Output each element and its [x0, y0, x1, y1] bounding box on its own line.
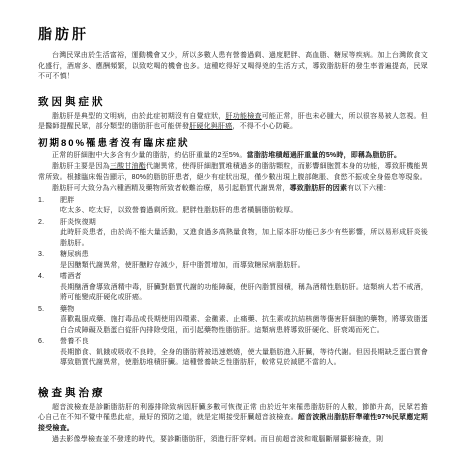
list-item-desc: 長期節食、飢餓或吸收不良時，全身的脂肪將被迅速燃燒，使大量脂肪進入肝臟，等待代謝… [60, 348, 428, 369]
intro-paragraph: 台灣民眾由於生活富裕，運動機會又少，所以多數人患有營養過剩、過度肥胖、高血脂、糖… [38, 51, 428, 83]
list-item-term: 營養不良 [60, 337, 428, 348]
list-item-diabetes: 3. 糖尿病患 是因醣類代謝異常，使肝醣貯存減少，肝中脂質增加，而導致糖尿病脂肪… [38, 250, 428, 271]
text-run: 脂肪肝主要是因為 [52, 163, 110, 170]
list-item-term: 藥物 [60, 305, 428, 316]
list-item-number: 5. [38, 305, 60, 337]
list-item-drugs: 5. 藥物 喜歡亂服成藥、施打毒品或長期使用四環素、金黴素、止痛藥、抗生素或抗結… [38, 305, 428, 337]
list-item-body: 肝炎恢復期 此時肝炎患者，由於尚不能大量活動，又進食過多高熱量食物，加上原本肝功… [60, 218, 428, 250]
list-item-number: 2. [38, 218, 60, 250]
list-item-term: 肥胖 [60, 196, 428, 207]
section-heading-causes: 致因與症狀 [38, 94, 428, 109]
list-item-malnutrition: 6. 營養不良 長期節食、飢餓或吸收不良時，全身的脂肪將被迅速燃燒，使大量脂肪進… [38, 337, 428, 369]
text-run: ，不得不小心防範。 [232, 123, 297, 130]
list-item-body: 營養不良 長期節食、飢餓或吸收不良時，全身的脂肪將被迅速燃燒，使大量脂肪進入肝臟… [60, 337, 428, 369]
text-run: 三酸甘油酯 [110, 163, 146, 170]
list-item-body: 嗜酒者 長期酗酒會導致酒精中毒，肝臟對脂質代謝的功能障礙，使肝內脂質囤積，稱為酒… [60, 272, 428, 304]
list-item-desc: 此時肝炎患者，由於尚不能大量活動，又進食過多高熱量食物，加上原本肝功能已多少有些… [60, 228, 428, 249]
page-title: 脂肪肝 [38, 24, 428, 44]
text-run: 肝功能檢查 [226, 113, 262, 120]
causes-paragraph-2: 正常的肝細胞中大多含有少量的脂肪，約佔肝重量的2至5%。當脂肪堆積超過肝重量的5… [38, 151, 428, 162]
list-item-desc: 長期酗酒會導致酒精中毒，肝臟對脂質代謝的功能障礙，使肝內脂質囤積，稱為酒精性脂肪… [60, 283, 428, 304]
list-item-number: 4. [38, 272, 60, 304]
list-item-body: 藥物 喜歡亂服成藥、施打毒品或長期使用四環素、金黴素、止痛藥、抗生素或抗結核菌等… [60, 305, 428, 337]
text-run: 正常的肝細胞中大多含有少量的脂肪，約佔肝重量的2至5%。 [52, 152, 247, 159]
list-item-desc: 吃太多、吃太好，以致營養過剩所致。肥胖性脂肪肝的患者橫膈脂肪較厚。 [60, 206, 428, 217]
list-item-desc: 喜歡亂服成藥、施打毒品或長期使用四環素、金黴素、止痛藥、抗生素或抗結核菌等傷害肝… [60, 315, 428, 336]
list-item-desc: 是因醣類代謝異常，使肝醣貯存減少，肝中脂質增加，而導致糖尿病脂肪肝。 [60, 261, 428, 272]
list-item-term: 糖尿病患 [60, 250, 428, 261]
list-item-term: 肝炎恢復期 [60, 218, 428, 229]
document-page: 脂肪肝 台灣民眾由於生活富裕，運動機會又少，所以多數人患有營養過剩、過度肥胖、高… [0, 0, 452, 452]
list-item-hepatitis-recovery: 2. 肝炎恢復期 此時肝炎患者，由於尚不能大量活動，又進食過多高熱量食物，加上原… [38, 218, 428, 250]
list-item-body: 肥胖 吃太多、吃太好，以致營養過剩所致。肥胖性脂肪肝的患者橫膈脂肪較厚。 [60, 196, 428, 217]
list-item-obesity: 1. 肥胖 吃太多、吃太好，以致營養過剩所致。肥胖性脂肪肝的患者橫膈脂肪較厚。 [38, 196, 428, 217]
list-item-number: 6. [38, 337, 60, 369]
section-heading-exam-treatment: 檢查與治療 [38, 385, 428, 400]
causes-paragraph-3: 脂肪肝主要是因為三酸甘油酯代謝異常，使得肝細胞質堆積過多的脂肪顆粒，而影響細胞質… [38, 162, 428, 183]
factors-list: 1. 肥胖 吃太多、吃太好，以致營養過剩所致。肥胖性脂肪肝的患者橫膈脂肪較厚。 … [38, 196, 428, 369]
list-item-number: 1. [38, 196, 60, 217]
text-run: 肝硬化與肝癌 [189, 123, 232, 130]
list-item-number: 3. [38, 250, 60, 271]
subheading-early-no-symptoms: 初期80%罹患者沒有臨床症狀 [38, 135, 428, 149]
causes-paragraph-1: 脂肪肝是典型的文明病，由於此症初期沒有自覺症狀，肝功能檢查可能正常，肝也未必腫大… [38, 112, 428, 133]
text-run: 當脂肪堆積超過肝重量的5%時，即稱為脂肪肝。 [247, 152, 402, 159]
text-run: 導致脂肪肝的因素 [290, 185, 348, 192]
list-item-alcoholic: 4. 嗜酒者 長期酗酒會導致酒精中毒，肝臟對脂質代謝的功能障礙，使肝內脂質囤積，… [38, 272, 428, 304]
list-item-term: 嗜酒者 [60, 272, 428, 283]
causes-paragraph-4: 脂肪肝可大致分為六種酒精及藥物所致者較難治療，易引起脂質代謝異常，導致脂肪肝的因… [38, 184, 428, 195]
text-run: 脂肪肝可大致分為六種酒精及藥物所致者較難治療，易引起脂質代謝異常， [52, 185, 290, 192]
text-run: 有以下六種： [347, 185, 390, 192]
list-item-body: 糖尿病患 是因醣類代謝異常，使肝醣貯存減少，肝中脂質增加，而導致糖尿病脂肪肝。 [60, 250, 428, 271]
exam-paragraph-2: 過去影像學檢查並不發達的時代，要診斷脂肪肝，須進行肝穿刺。而目前超音波和電腦斷層… [38, 435, 428, 446]
exam-paragraph-1: 超音波檢查是診斷脂肪肝的利器排除致病因肝臟多數可恢復正常 由於近年來罹患脂肪肝的… [38, 403, 428, 435]
text-run: 脂肪肝是典型的文明病，由於此症初期沒有自覺症狀， [52, 113, 226, 120]
